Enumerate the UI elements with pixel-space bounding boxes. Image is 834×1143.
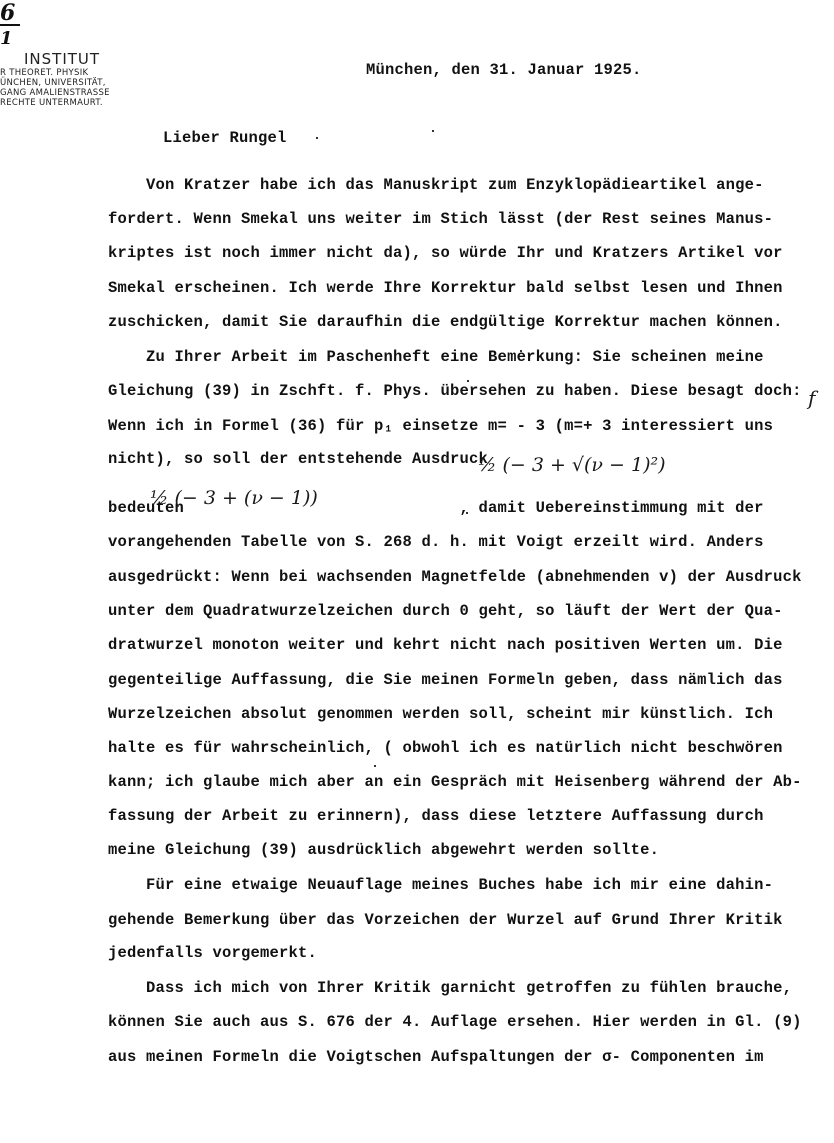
body-line: Dass ich mich von Ihrer Kritik garnicht …: [108, 979, 792, 997]
body-line: unter dem Quadratwurzelzeichen durch 0 g…: [108, 602, 783, 620]
body-line: können Sie auch aus S. 676 der 4. Auflag…: [108, 1013, 802, 1031]
letterhead-title: INSTITUT: [0, 50, 140, 68]
scan-speck: [466, 512, 468, 514]
body-line: nicht), so soll der entstehende Ausdruck: [108, 450, 488, 468]
body-line: kriptes ist noch immer nicht da), so wür…: [108, 244, 783, 262]
handwritten-margin-mark: f: [808, 386, 815, 410]
body-line: fordert. Wenn Smekal uns weiter im Stich…: [108, 210, 773, 228]
folio-mark: 6 1: [0, 0, 20, 49]
letterhead-line: ÜNCHEN, UNIVERSITÄT,: [0, 78, 140, 88]
body-line: Von Kratzer habe ich das Manuskript zum …: [108, 176, 764, 194]
body-line: dratwurzel monoton weiter und kehrt nich…: [108, 636, 783, 654]
scan-speck: [432, 130, 434, 132]
body-line: gegenteilige Auffassung, die Sie meinen …: [108, 671, 783, 689]
letterhead-line: R THEORET. PHYSIK: [0, 68, 140, 78]
body-line: halte es für wahrscheinlich, ( obwohl ic…: [108, 739, 783, 757]
handwritten-formula-root-expression: ½ (− 3 + √(ν − 1)²): [478, 454, 666, 476]
body-line: Für eine etwaige Neuauflage meines Buche…: [108, 876, 773, 894]
institute-letterhead-stamp: INSTITUT R THEORET. PHYSIK ÜNCHEN, UNIVE…: [0, 50, 140, 108]
scan-speck: [467, 380, 469, 382]
body-line: kann; ich glaube mich aber an ein Gesprä…: [108, 773, 802, 791]
handwritten-formula-result: ½ (− 3 + (ν − 1)): [150, 487, 318, 509]
body-line: zuschicken, damit Sie daraufhin die endg…: [108, 313, 783, 331]
body-line: Wurzelzeichen absolut genommen werden so…: [108, 705, 773, 723]
letterhead-line: GANG AMALIENSTRASSE: [0, 88, 140, 98]
body-line: Wenn ich in Formel (36) für p₁ einsetze …: [108, 417, 773, 435]
body-line: fassung der Arbeit zu erinnern), dass di…: [108, 807, 764, 825]
body-line: jedenfalls vorgemerkt.: [108, 944, 317, 962]
body-line: gehende Bemerkung über das Vorzeichen de…: [108, 911, 783, 929]
folio-number: 6: [0, 0, 15, 26]
body-line: Smekal erscheinen. Ich werde Ihre Korrek…: [108, 279, 783, 297]
body-line: aus meinen Formeln die Voigtschen Aufspa…: [108, 1048, 764, 1066]
body-line: vorangehenden Tabelle von S. 268 d. h. m…: [108, 533, 764, 551]
folio-sub: 1: [0, 28, 20, 49]
body-line: meine Gleichung (39) ausdrücklich abgewe…: [108, 841, 659, 859]
body-line: Gleichung (39) in Zschft. f. Phys. übers…: [108, 382, 802, 400]
letter-page: 6 1 INSTITUT R THEORET. PHYSIK ÜNCHEN, U…: [0, 0, 834, 1143]
body-line: ausgedrückt: Wenn bei wachsenden Magnetf…: [108, 568, 802, 586]
letterhead-line: RECHTE UNTERMAURT.: [0, 98, 140, 108]
dateline: München, den 31. Januar 1925.: [366, 61, 642, 79]
scan-speck: [316, 137, 318, 139]
body-line: Zu Ihrer Arbeit im Paschenheft eine Beme…: [108, 348, 764, 366]
scan-speck: [374, 765, 376, 767]
salutation: Lieber Rungel: [163, 129, 287, 147]
scan-speck: [520, 350, 522, 352]
